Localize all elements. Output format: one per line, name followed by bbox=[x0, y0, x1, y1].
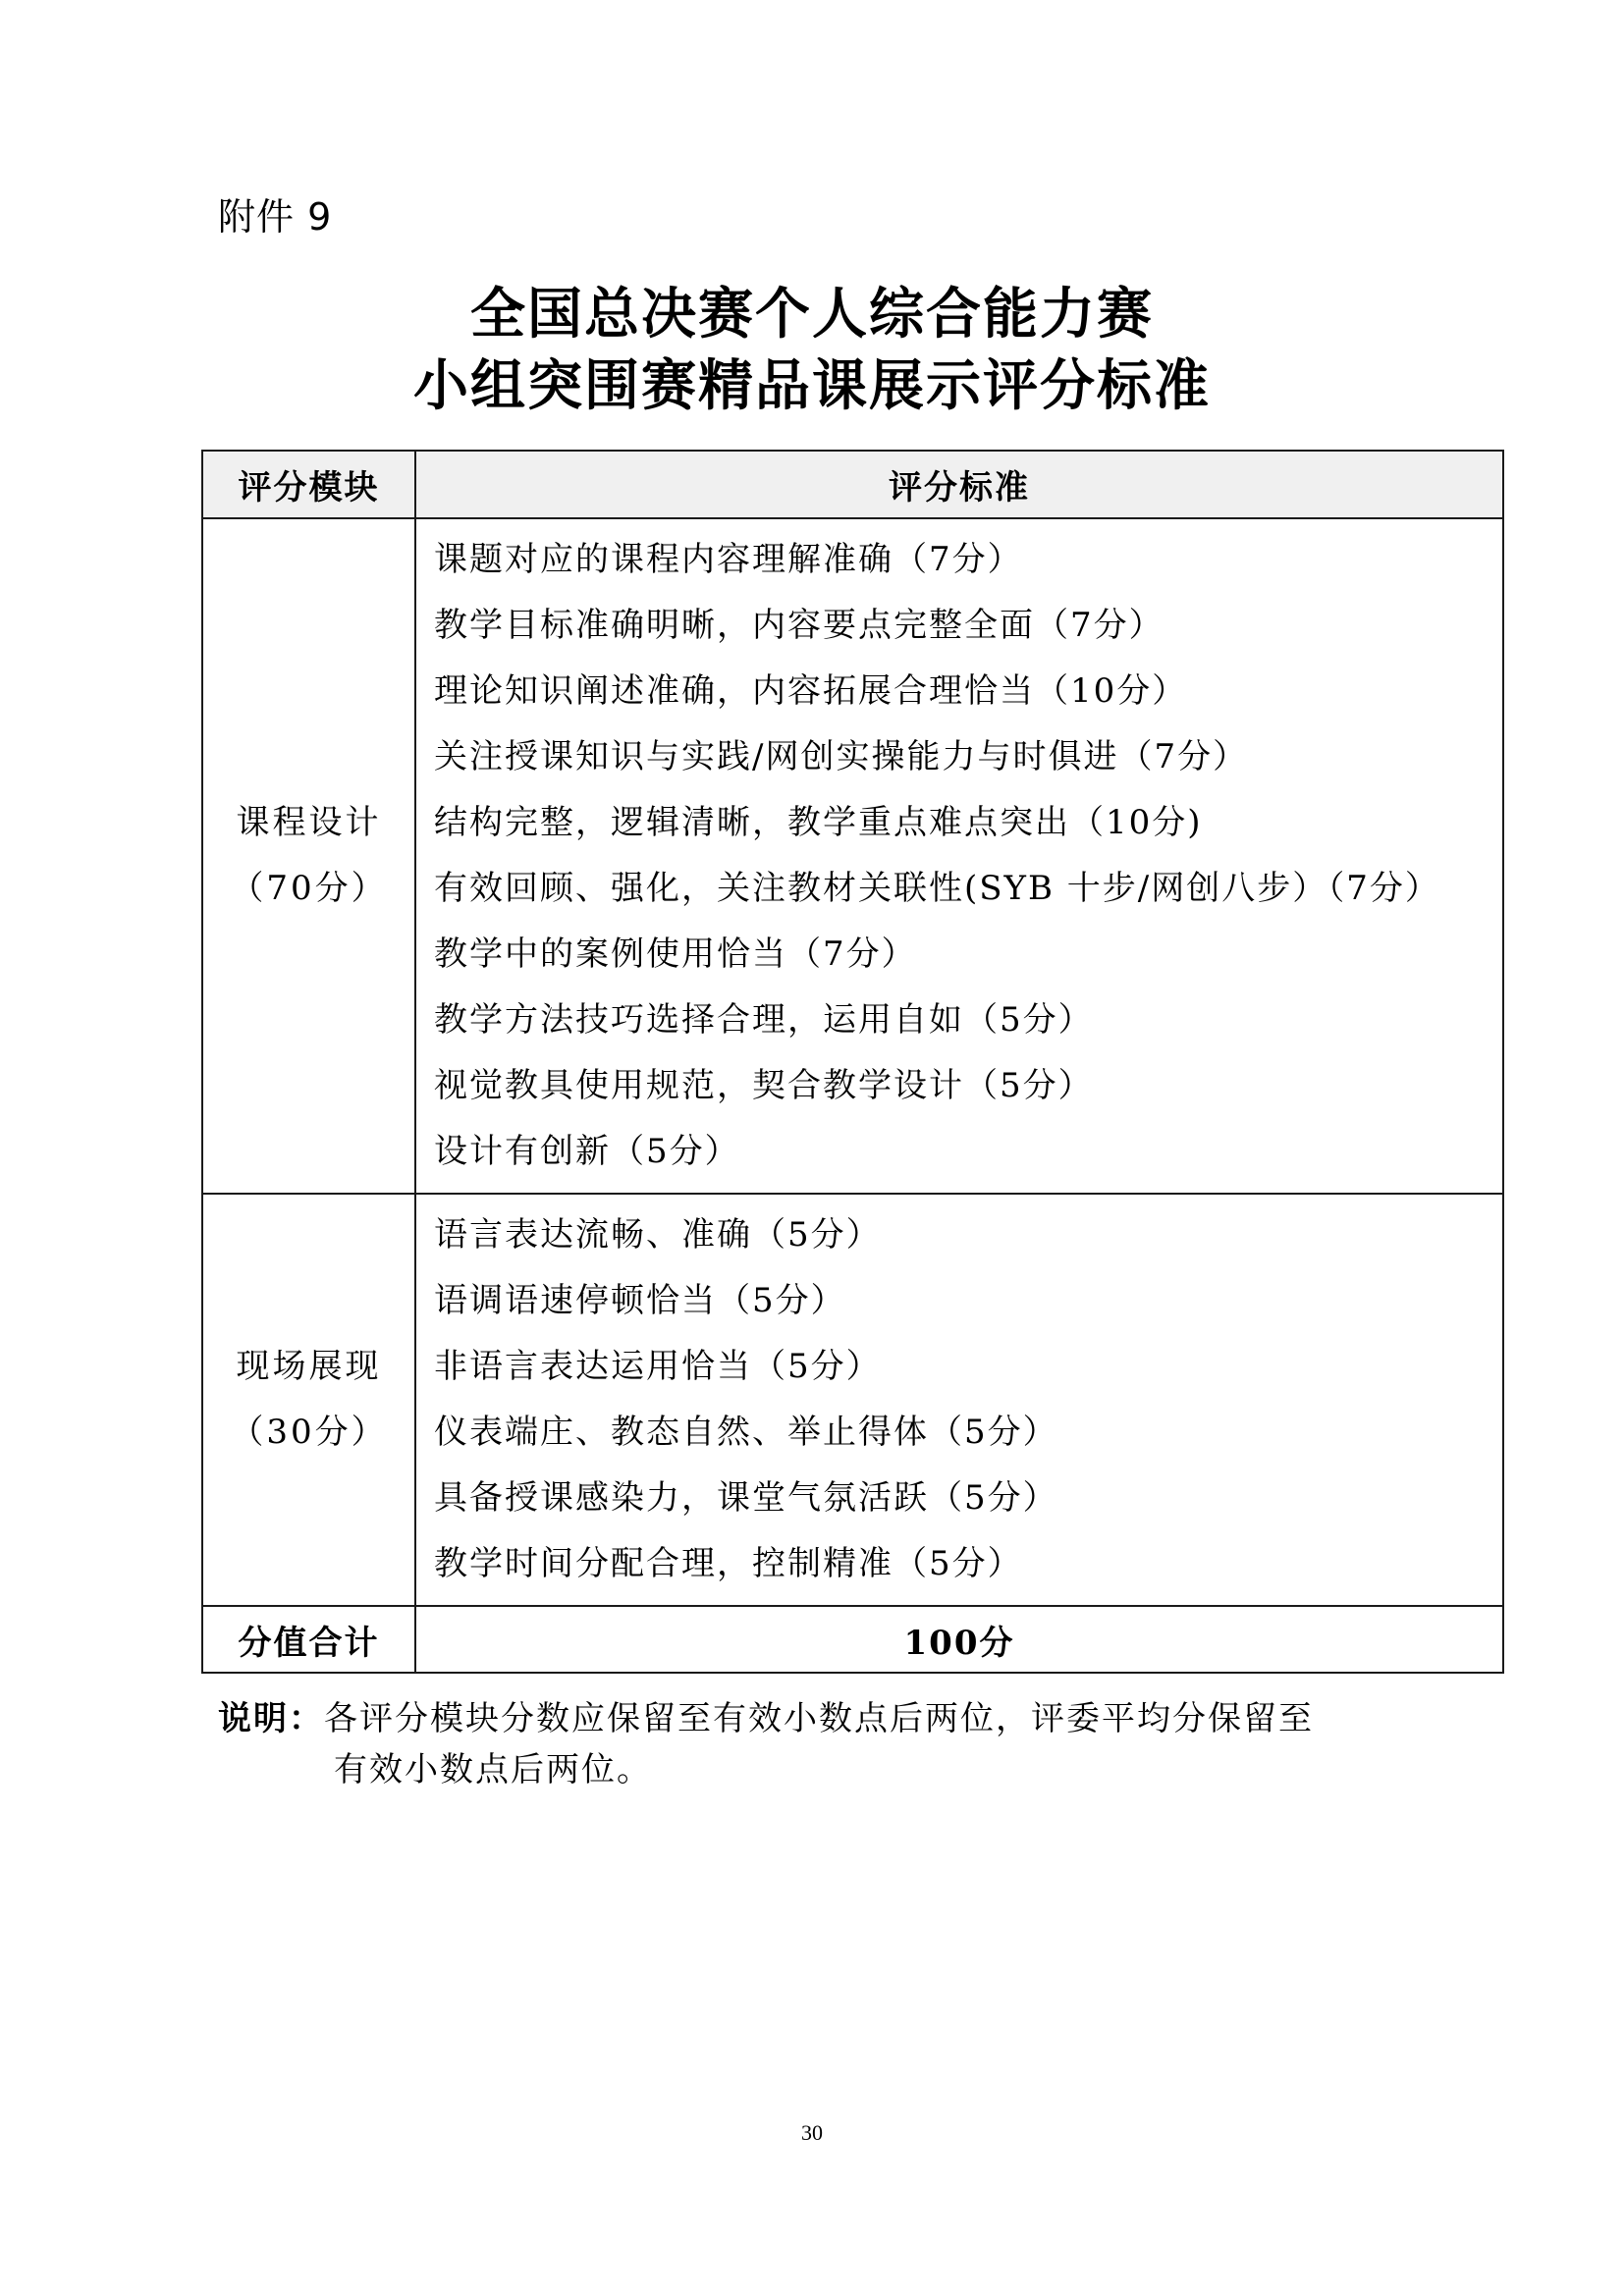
header-criteria: 评分标准 bbox=[415, 451, 1503, 518]
criteria-item: 具备授课感染力，课堂气氛活跃（5分） bbox=[434, 1466, 1502, 1531]
criteria-item: 教学目标准确明晰，内容要点完整全面（7分） bbox=[434, 593, 1502, 659]
document-title-line2: 小组突围赛精品课展示评分标准 bbox=[0, 351, 1624, 420]
criteria-item: 教学中的案例使用恰当（7分） bbox=[434, 922, 1502, 988]
note-block: 说明：各评分模块分数应保留至有效小数点后两位，评委平均分保留至 有效小数点后两位… bbox=[218, 1693, 1435, 1795]
note-text-line1: 各评分模块分数应保留至有效小数点后两位，评委平均分保留至 bbox=[324, 1699, 1314, 1738]
document-title-line1: 全国总决赛个人综合能力赛 bbox=[0, 280, 1624, 348]
criteria-cell-course-design: 课题对应的课程内容理解准确（7分） 教学目标准确明晰，内容要点完整全面（7分） … bbox=[415, 518, 1503, 1194]
criteria-item: 关注授课知识与实践/网创实操能力与时俱进（7分） bbox=[434, 724, 1502, 790]
page-number: 30 bbox=[0, 2120, 1624, 2146]
criteria-item: 语调语速停顿恰当（5分） bbox=[434, 1268, 1502, 1334]
criteria-item: 仪表端庄、教态自然、举止得体（5分） bbox=[434, 1400, 1502, 1466]
module-points: （30分） bbox=[203, 1400, 414, 1466]
criteria-item: 视觉教具使用规范，契合教学设计（5分） bbox=[434, 1053, 1502, 1119]
module-name: 现场展现 bbox=[203, 1334, 414, 1400]
criteria-item: 教学方法技巧选择合理，运用自如（5分） bbox=[434, 988, 1502, 1053]
header-module: 评分模块 bbox=[202, 451, 415, 518]
criteria-item: 理论知识阐述准确，内容拓展合理恰当（10分） bbox=[434, 659, 1502, 724]
table-row-course-design: 课程设计 （70分） 课题对应的课程内容理解准确（7分） 教学目标准确明晰，内容… bbox=[202, 518, 1503, 1194]
scoring-criteria-table: 评分模块 评分标准 课程设计 （70分） 课题对应的课程内容理解准确（7分） 教… bbox=[201, 450, 1504, 1674]
note-label: 说明： bbox=[218, 1699, 324, 1738]
table-row-live-presentation: 现场展现 （30分） 语言表达流畅、准确（5分） 语调语速停顿恰当（5分） 非语… bbox=[202, 1194, 1503, 1606]
criteria-item: 有效回顾、强化，关注教材关联性(SYB 十步/网创八步）（7分） bbox=[434, 856, 1502, 922]
module-name: 课程设计 bbox=[203, 790, 414, 856]
attachment-label: 附件 9 bbox=[218, 187, 332, 240]
criteria-item: 教学时间分配合理，控制精准（5分） bbox=[434, 1531, 1502, 1597]
criteria-item: 课题对应的课程内容理解准确（7分） bbox=[434, 527, 1502, 593]
module-points: （70分） bbox=[203, 856, 414, 922]
note-text-line2: 有效小数点后两位。 bbox=[218, 1744, 1435, 1795]
total-value: 100分 bbox=[415, 1606, 1503, 1673]
total-label: 分值合计 bbox=[202, 1606, 415, 1673]
criteria-item: 语言表达流畅、准确（5分） bbox=[434, 1202, 1502, 1268]
table-row-total: 分值合计 100分 bbox=[202, 1606, 1503, 1673]
module-cell-course-design: 课程设计 （70分） bbox=[202, 518, 415, 1194]
criteria-item: 结构完整，逻辑清晰，教学重点难点突出（10分) bbox=[434, 790, 1502, 856]
table-header-row: 评分模块 评分标准 bbox=[202, 451, 1503, 518]
criteria-item: 非语言表达运用恰当（5分） bbox=[434, 1334, 1502, 1400]
module-cell-live-presentation: 现场展现 （30分） bbox=[202, 1194, 415, 1606]
criteria-cell-live-presentation: 语言表达流畅、准确（5分） 语调语速停顿恰当（5分） 非语言表达运用恰当（5分）… bbox=[415, 1194, 1503, 1606]
criteria-item: 设计有创新（5分） bbox=[434, 1119, 1502, 1185]
